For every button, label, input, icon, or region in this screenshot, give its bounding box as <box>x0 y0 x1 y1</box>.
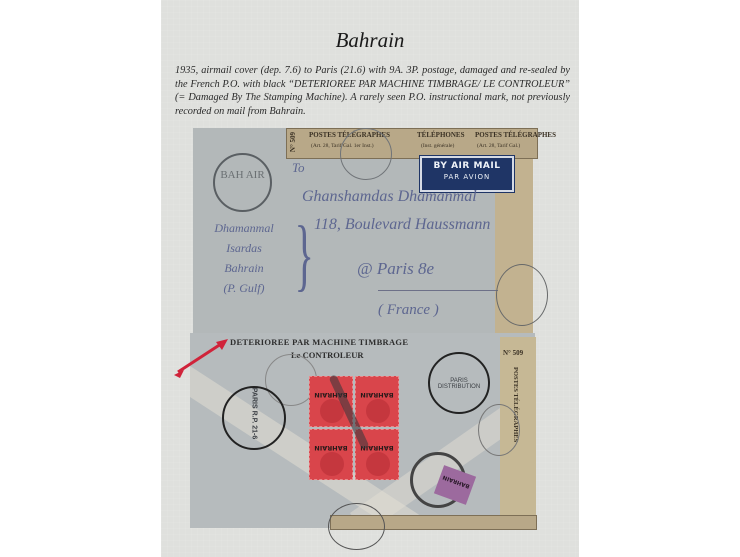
address-line2: 118, Boulevard Haussmann <box>314 216 490 234</box>
strip-cell-postes-2: POSTES TÉLÉGRAPHES <box>475 131 556 139</box>
address-line1: Ghanshamdas Dhamanmal <box>302 188 477 206</box>
page-title: Bahrain <box>161 28 579 53</box>
stamp: BAHRAIN <box>309 429 353 480</box>
airmail-etiquette: BY AIR MAIL PAR AVION <box>420 156 514 192</box>
postmark-paris-front <box>496 264 548 326</box>
airmail-line1: BY AIR MAIL <box>422 161 512 171</box>
postmark-paris-rp: PARIS R.P. 21-6 <box>222 386 286 450</box>
red-arrow-icon <box>172 336 232 378</box>
strip-number: N° 509 <box>289 132 297 152</box>
censor-mark-line1: DETERIOREE PAR MACHINE TIMBRAGE <box>230 337 408 347</box>
address-underline <box>378 290 498 291</box>
postmark-paris-distribution: PARIS DISTRIBUTION <box>428 352 490 414</box>
airmail-line2: PAR AVION <box>422 173 512 181</box>
postmark-right-back <box>478 404 520 456</box>
strip-number-back: N° 509 <box>503 349 523 357</box>
address-line3: @ Paris 8e <box>357 259 434 279</box>
sender-address: Dhamanmal Isardas Bahrain (P. Gulf) <box>204 218 284 298</box>
page-description: 1935, airmail cover (dep. 7.6) to Paris … <box>175 64 570 118</box>
strip-cell-telephones: TÉLÉPHONES <box>417 131 464 139</box>
strip-sub-2: (Inst. générale) <box>421 143 454 149</box>
address-line4: ( France ) <box>378 302 439 319</box>
address-to: To <box>292 160 305 176</box>
resealing-strip-top: N° 509 POSTES TÉLÉGRAPHES TÉLÉPHONES POS… <box>286 128 538 159</box>
postmark-bahrain-air: BAH AIR <box>213 153 272 212</box>
stamp: BAHRAIN <box>355 376 399 427</box>
strip-sub-3: (Art. 28, Tarif Gal.) <box>477 143 520 149</box>
postmark-top <box>340 128 392 180</box>
postmark-bottom <box>328 503 385 550</box>
sender-brace: } <box>295 215 314 295</box>
